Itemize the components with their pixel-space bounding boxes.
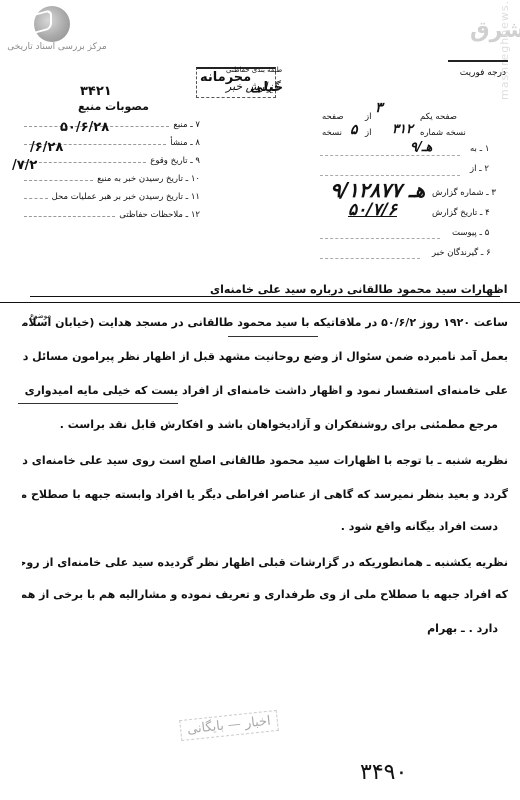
subject-rule-bottom	[0, 302, 520, 303]
stamp-very: خیلی	[250, 80, 283, 95]
urgency-label: درجه فوریت	[446, 68, 506, 78]
to-value: ۹/هـ	[410, 140, 432, 155]
signature-line: دارد . ـ بهرام	[427, 622, 498, 635]
field-attachment: ۵ ـ پیوست	[452, 228, 489, 238]
field-to: ۱ ـ به	[470, 144, 489, 154]
divider	[448, 60, 508, 62]
copy-from: از	[365, 128, 371, 138]
body-line: ساعت ۱۹۲۰ روز ۵۰/۶/۲ در ملاقاتیکه با سید…	[22, 316, 508, 329]
page-from: از	[365, 112, 371, 122]
field-report-date: ۴ ـ تاریخ گزارش	[432, 208, 490, 218]
field-from: ۲ ـ از	[470, 164, 489, 174]
event-date-value: /۶/۲۸	[30, 140, 63, 155]
faded-stamp: اخبار — بایگانی	[179, 710, 279, 741]
page-number: ۳۴۹۰	[360, 760, 407, 785]
copy-total: ۵	[350, 122, 358, 138]
report-date-value: ۵۰/۷/۶	[348, 200, 397, 220]
copy-suffix: نسخه	[322, 128, 342, 138]
report-number-value: ۹/۱۲۸۷۷ هـ	[330, 178, 425, 202]
field-source: ۷ ـ منبع	[20, 116, 200, 130]
copy-label: نسخه شماره	[420, 128, 466, 138]
body-line: دست افراد بیگانه واقع شود .	[341, 520, 498, 533]
page-label: صفحه یکم	[420, 112, 457, 122]
field-ops-date: ۱۱ ـ تاریخ رسیدن خبر بر هبر عملیات محل	[20, 188, 200, 202]
page-total-hand: ۳	[375, 100, 383, 116]
body-line: که افراد جبهه با صطلاح ملی از وی طرفداری…	[22, 588, 508, 601]
document-number: ۳۴۲۱	[80, 84, 112, 99]
copy-number: ۳۱۲	[392, 122, 413, 137]
source-heading: مصوبات منبع	[78, 100, 149, 113]
page-suffix: صفحه	[322, 112, 344, 122]
origin-date-value: ۵۰/۶/۲۸	[60, 120, 109, 135]
body-line: علی خامنه‌ای استفسار نمود و اظهار داشت خ…	[22, 384, 508, 397]
received-date-value: /۷/۲	[12, 158, 37, 173]
body-line: مرجع مطمئنی برای روشنفکران و آزادیخواهان…	[60, 418, 498, 431]
body-line: بعمل آمد نامبرده ضمن سئوال از وضع روحانی…	[22, 350, 508, 363]
field-report-number: ۳ ـ شماره گزارش	[432, 188, 496, 198]
logo-caption: مرکز بررسی اسناد تاریخی	[2, 42, 112, 52]
watermark-url: mashreghnews.ir	[498, 10, 511, 100]
subject-title: اظهارات سید محمود طالقانی درباره سید علی…	[210, 283, 507, 296]
body-line: نظریه شنبه ـ با توجه با اظهارات سید محمو…	[22, 454, 508, 467]
field-security-notes: ۱۲ ـ ملاحظات حفاظتی	[20, 206, 200, 220]
field-recipients: ۶ ـ گیرندگان خبر	[432, 248, 491, 258]
subject-rule	[30, 296, 500, 297]
watermark-brand: مشرق	[470, 18, 520, 43]
body-line: گردد و بعید بنظر نمیرسد که گاهی از عناصر…	[22, 488, 508, 501]
field-received-date: ۱۰ ـ تاریخ رسیدن خبر به منبع	[20, 170, 200, 184]
stamp-classification: طبقه بندی حفاظتی	[226, 66, 282, 74]
body-line: نظریه یکشنبه ـ همانطوریکه در گزارشات قبل…	[22, 556, 508, 569]
